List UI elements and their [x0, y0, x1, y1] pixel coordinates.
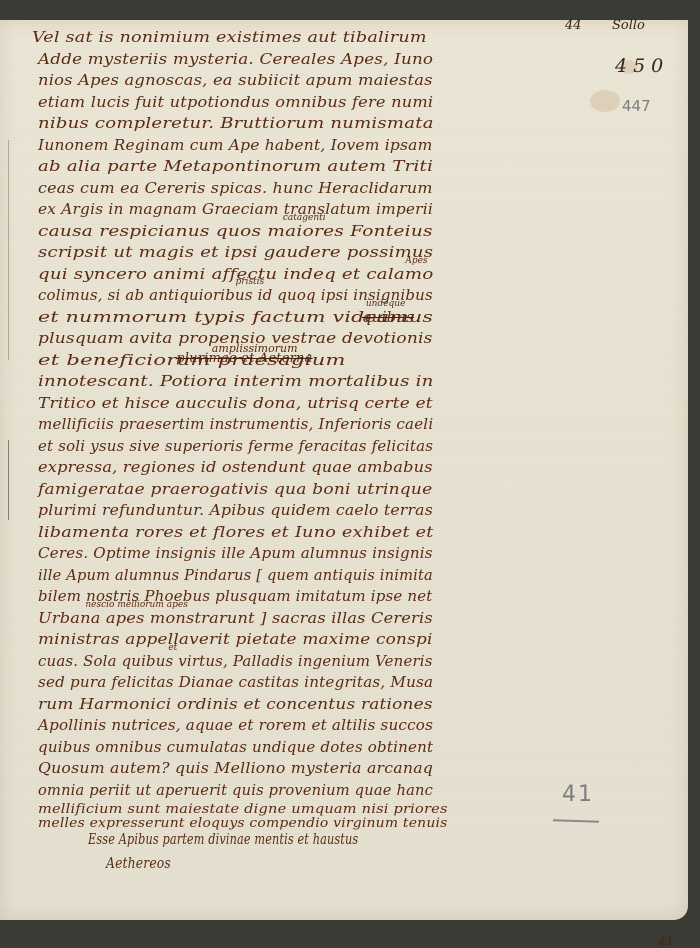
text-line: Adde mysteriis mysteria. Cereales Apes, … [38, 50, 433, 68]
text-line: Quosum autem? quis Melliono mysteria arc… [38, 759, 433, 777]
struck-word: quibus [362, 308, 414, 326]
text-line: Iunonem Reginam cum Ape habent, Iovem ip… [38, 136, 432, 154]
text-line: innotescant. Potiora interim mortalibus … [38, 372, 434, 390]
text-line: Tritico et hisce aucculis dona, utrisq c… [38, 394, 433, 412]
text-line: nios Apes agnoscas, ea subiicit apum mai… [38, 71, 433, 89]
text-line: famigeratae praerogativis qua boni utrin… [38, 480, 432, 498]
foxing-stain [590, 90, 620, 112]
text-line: omnia periit ut aperuerit quis provenium… [38, 781, 433, 799]
text-line: plurimi refunduntur. Apibus quidem caelo… [38, 501, 433, 519]
text-line: causa respicianus quos maiores Fonteius [38, 222, 433, 240]
struck-phrase: plurimae et Aeterna [176, 351, 312, 366]
text-line: ceas cum ea Cereris spicas. hunc Heracli… [38, 179, 433, 197]
text-line: sed pura felicitas Dianae castitas integ… [38, 673, 433, 691]
margin-note-sollo: Sollo [612, 18, 645, 33]
folio-number-ink: 450 [615, 55, 669, 77]
folio-number-pencil-top: 447 [622, 97, 651, 115]
text-line: ministras appellaverit pietate maxime co… [38, 630, 433, 648]
text-line: etiam lucis fuit utpotiondus omnibus fer… [38, 93, 433, 111]
text-line: ab alia parte Metapontinorum autem Triti [38, 157, 433, 175]
folio-underline [553, 819, 599, 823]
text-line: quibus omnibus cumulatas undique dotes o… [38, 738, 433, 756]
text-line: expressa, regiones id ostendunt quae amb… [38, 458, 433, 476]
manuscript-page: 44 Sollo 450 447 41 43 Vel sat is nonimi… [0, 20, 688, 920]
text-line: mellificiis praesertim instrumentis, Inf… [38, 415, 433, 433]
text-line: Aethereos [106, 854, 171, 872]
text-line: scripsit ut magis et ipsi gaudere possim… [38, 243, 433, 261]
text-line: ille Apum alumnus Pindarus [ quem antiqu… [38, 566, 433, 584]
fold-mark [8, 440, 9, 520]
text-line: Vel sat is nonimium existimes aut tibali… [32, 28, 427, 46]
text-line: Apollinis nutrices, aquae et rorem et al… [38, 716, 433, 734]
text-line: cuas. Sola quibus virtus, Palladis ingen… [38, 652, 433, 670]
text-line: ex Argis in magnam Graeciam translatum i… [38, 200, 433, 218]
text-line: mellificium sunt maiestate digne umquam … [38, 802, 448, 817]
text-line: et soli ysus sive superioris ferme ferac… [38, 437, 433, 455]
text-line: Urbana apes monstrarunt ] sacras illas C… [38, 609, 433, 627]
folio-number-pencil-bottom: 41 [562, 782, 594, 807]
text-line: Esse Apibus partem divinae mentis et hau… [88, 830, 358, 848]
text-line: melles expresserunt eloquys compendio vi… [38, 816, 448, 831]
corner-number: 43 [658, 935, 672, 948]
text-line: libamenta rores et flores et Iuno exhibe… [38, 523, 434, 541]
text-line: Ceres. Optime insignis ille Apum alumnus… [38, 544, 433, 562]
text-line: rum Harmonici ordinis et concentus ratio… [38, 695, 433, 713]
margin-note-number: 44 [565, 18, 582, 33]
fold-mark [8, 140, 9, 360]
text-line: nibus compleretur. Bruttiorum numismata [38, 114, 434, 132]
